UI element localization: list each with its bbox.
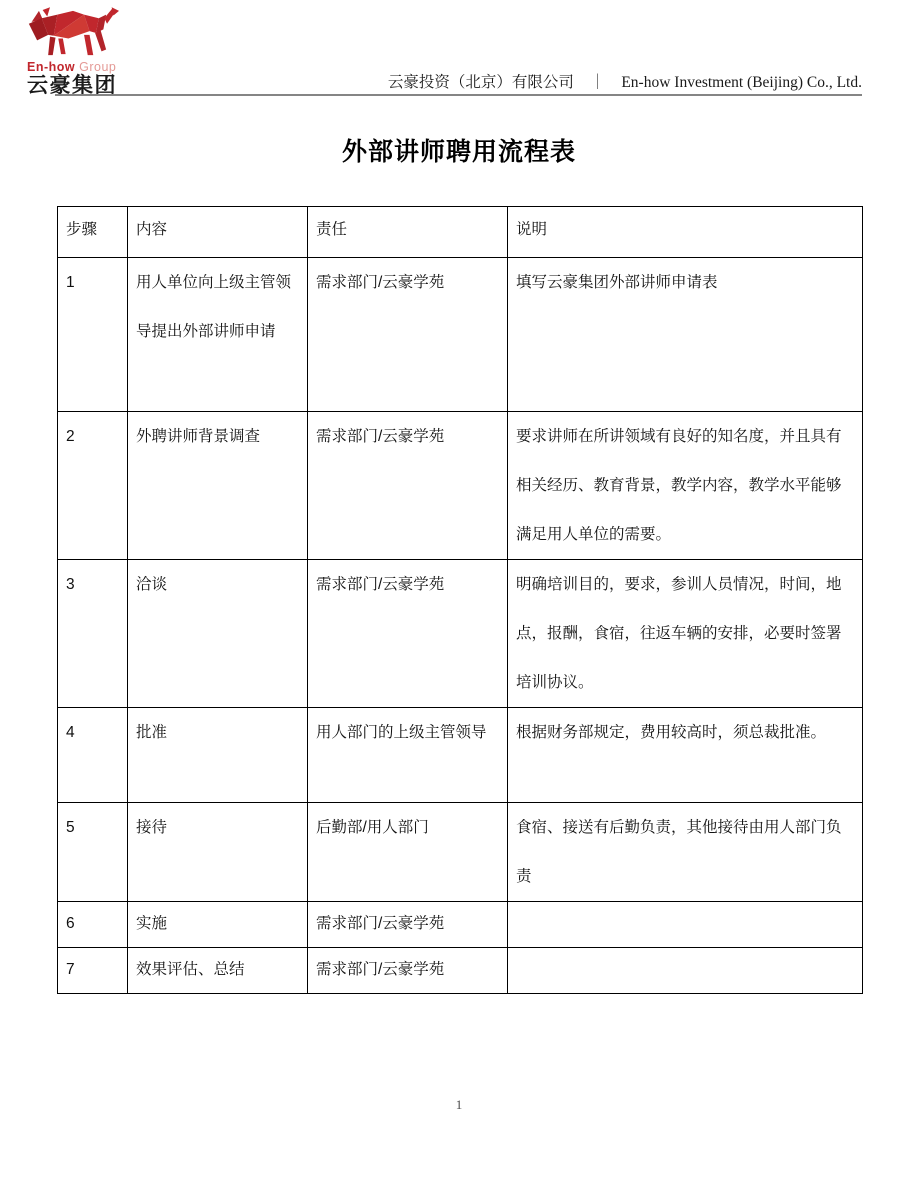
company-logo: En-how Group 云豪集团 xyxy=(27,6,127,98)
cell-note: 填写云豪集团外部讲师申请表 xyxy=(508,258,863,412)
column-header-note: 说明 xyxy=(508,207,863,258)
cell-responsibility: 用人部门的上级主管领导 xyxy=(308,708,508,803)
cell-responsibility: 需求部门/云豪学苑 xyxy=(308,948,508,994)
cell-step: 5 xyxy=(58,803,128,902)
cell-step: 1 xyxy=(58,258,128,412)
header-divider-rule xyxy=(55,94,862,96)
cell-note xyxy=(508,948,863,994)
table-row: 5 接待 后勤部/用人部门 食宿、接送有后勤负责，其他接待由用人部门负责 xyxy=(58,803,863,902)
cell-content: 洽谈 xyxy=(128,560,308,708)
cell-note: 要求讲师在所讲领域有良好的知名度，并且具有相关经历、教育背景，教学内容，教学水平… xyxy=(508,412,863,560)
cell-step: 6 xyxy=(58,902,128,948)
cell-note: 明确培训目的，要求，参训人员情况，时间，地点，报酬，食宿，往返车辆的安排，必要时… xyxy=(508,560,863,708)
column-header-responsibility: 责任 xyxy=(308,207,508,258)
cell-step: 2 xyxy=(58,412,128,560)
table-row: 7 效果评估、总结 需求部门/云豪学苑 xyxy=(58,948,863,994)
logo-group-name-en: En-how Group xyxy=(27,61,127,74)
table-row: 3 洽谈 需求部门/云豪学苑 明确培训目的，要求，参训人员情况，时间，地点，报酬… xyxy=(58,560,863,708)
cell-note: 食宿、接送有后勤负责，其他接待由用人部门负责 xyxy=(508,803,863,902)
cell-responsibility: 需求部门/云豪学苑 xyxy=(308,902,508,948)
cell-content: 批准 xyxy=(128,708,308,803)
cell-responsibility: 需求部门/云豪学苑 xyxy=(308,258,508,412)
cell-content: 效果评估、总结 xyxy=(128,948,308,994)
cell-note xyxy=(508,902,863,948)
page-title: 外部讲师聘用流程表 xyxy=(0,132,918,168)
column-header-step: 步骤 xyxy=(58,207,128,258)
table-row: 1 用人单位向上级主管领导提出外部讲师申请 需求部门/云豪学苑 填写云豪集团外部… xyxy=(58,258,863,412)
cell-content: 用人单位向上级主管领导提出外部讲师申请 xyxy=(128,258,308,412)
cell-content: 外聘讲师背景调查 xyxy=(128,412,308,560)
cell-responsibility: 后勤部/用人部门 xyxy=(308,803,508,902)
page-number: 1 xyxy=(0,1097,918,1113)
header-company-line: 云豪投资（北京）有限公司｜En-how Investment (Beijing)… xyxy=(388,70,862,92)
cell-note: 根据财务部规定，费用较高时，须总裁批准。 xyxy=(508,708,863,803)
header-separator: ｜ xyxy=(590,74,606,91)
cell-responsibility: 需求部门/云豪学苑 xyxy=(308,560,508,708)
document-page: En-how Group 云豪集团 云豪投资（北京）有限公司｜En-how In… xyxy=(0,0,918,1188)
column-header-content: 内容 xyxy=(128,207,308,258)
logo-group-text: Group xyxy=(79,60,116,74)
cell-responsibility: 需求部门/云豪学苑 xyxy=(308,412,508,560)
process-table: 步骤 内容 责任 说明 1 用人单位向上级主管领导提出外部讲师申请 需求部门/云… xyxy=(57,206,863,994)
company-name-en: En-how Investment (Beijing) Co., Ltd. xyxy=(621,74,862,91)
cell-content: 接待 xyxy=(128,803,308,902)
table-row: 6 实施 需求部门/云豪学苑 xyxy=(58,902,863,948)
table-header-row: 步骤 内容 责任 说明 xyxy=(58,207,863,258)
bull-logo-icon xyxy=(27,6,119,60)
logo-en-how-text: En-how xyxy=(27,60,75,74)
cell-content: 实施 xyxy=(128,902,308,948)
table-row: 2 外聘讲师背景调查 需求部门/云豪学苑 要求讲师在所讲领域有良好的知名度，并且… xyxy=(58,412,863,560)
cell-step: 3 xyxy=(58,560,128,708)
cell-step: 7 xyxy=(58,948,128,994)
cell-step: 4 xyxy=(58,708,128,803)
table-row: 4 批准 用人部门的上级主管领导 根据财务部规定，费用较高时，须总裁批准。 xyxy=(58,708,863,803)
company-name-cn: 云豪投资（北京）有限公司 xyxy=(388,74,574,91)
